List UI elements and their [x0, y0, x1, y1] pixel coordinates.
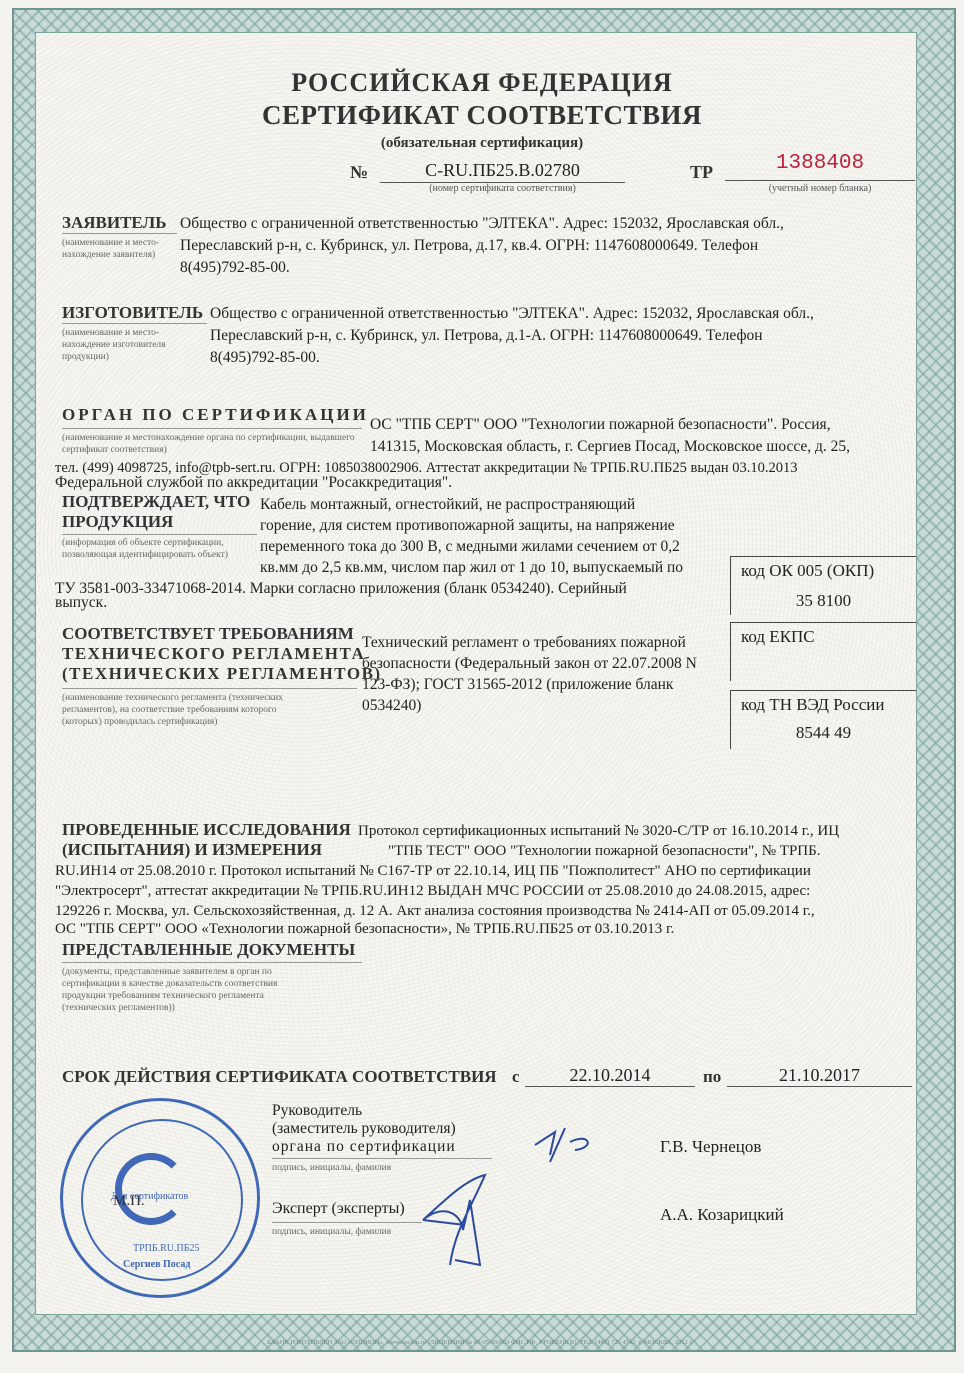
product-caption: (информация об объекте сертификации, поз…	[62, 537, 257, 561]
validity-to-prefix: по	[703, 1067, 721, 1087]
expert-name: А.А. Козарицкий	[660, 1205, 784, 1225]
applicant-caption: (наименование и место-нахождение заявите…	[62, 237, 177, 261]
ekps-code-label: код ЕКПС	[741, 627, 815, 647]
research-text-3: RU.ИН14 от 25.08.2010 г. Протокол испыта…	[55, 861, 811, 882]
tnved-code-value: 8544 49	[731, 723, 916, 743]
head-caption: подпись, инициалы, фамилия	[272, 1162, 391, 1174]
certificate-number-caption: (номер сертификата соответствия)	[380, 183, 625, 194]
expert-signature-rule	[272, 1222, 422, 1223]
requirements-text-3: 123-ФЗ); ГОСТ 31565-2012 (приложение бла…	[362, 674, 673, 695]
certificate-title: СЕРТИФИКАТ СООТВЕТСТВИЯ	[0, 100, 964, 131]
product-text-6: выпуск.	[55, 592, 107, 613]
applicant-text-3: 8(495)792-85-00.	[180, 257, 290, 278]
product-text-1: Кабель монтажный, огнестойкий, не распро…	[260, 494, 635, 515]
documents-caption-1: (документы, представленные заявителем в …	[62, 966, 272, 978]
product-label-2: ПРОДУКЦИЯ	[62, 512, 173, 532]
research-text-6: ОС "ТПБ СЕРТ" ООО «Технологии пожарной б…	[55, 919, 674, 940]
tr-prefix: ТР	[690, 162, 713, 183]
head-title-2: (заместитель руководителя)	[272, 1120, 456, 1138]
country-title: РОССИЙСКАЯ ФЕДЕРАЦИЯ	[0, 68, 964, 98]
documents-caption-3: продукции требованиям технического регла…	[62, 990, 264, 1002]
certification-body-text-2: 141315, Московская область, г. Сергиев П…	[370, 436, 850, 457]
research-text-4: "Электросерт", аттестат аккредитации № Т…	[55, 881, 810, 902]
blank-number: 1388408	[725, 152, 915, 181]
validity-from: 22.10.2014	[525, 1065, 695, 1087]
requirements-label-1: СООТВЕТСТВУЕТ ТРЕБОВАНИЯМ	[62, 624, 354, 644]
okp-code-label: код ОК 005 (ОКП)	[741, 561, 874, 581]
certification-body-label: ОРГАН ПО СЕРТИФИКАЦИИ	[62, 405, 369, 425]
manufacturer-label: ИЗГОТОВИТЕЛЬ	[62, 303, 203, 323]
tnved-code-box: код ТН ВЭД России 8544 49	[730, 690, 916, 749]
documents-caption-2: сертификации в качестве доказательств со…	[62, 978, 277, 990]
applicant-label: ЗАЯВИТЕЛЬ	[62, 213, 166, 233]
head-title-3: органа по сертификации	[272, 1138, 456, 1156]
ekps-code-box: код ЕКПС	[730, 622, 916, 681]
requirements-text-2: безопасности (Федеральный закон от 22.07…	[362, 653, 697, 674]
expert-caption: подпись, инициалы, фамилия	[272, 1226, 391, 1238]
product-text-2: горение, для систем противопожарной защи…	[260, 515, 675, 536]
manufacturer-text-3: 8(495)792-85-00.	[210, 347, 320, 368]
certification-body-text-4: Федеральной службой по аккредитации "Рос…	[55, 472, 452, 493]
certification-body-rule	[62, 428, 362, 429]
head-name: Г.В. Чернецов	[660, 1137, 761, 1157]
research-text-2: "ТПБ ТЕСТ" ООО "Технологии пожарной безо…	[388, 841, 821, 862]
documents-label-rule	[62, 962, 362, 963]
validity-label: СРОК ДЕЙСТВИЯ СЕРТИФИКАТА СООТВЕТСТВИЯ	[62, 1067, 497, 1087]
stamp-city: Сергиев Посад	[123, 1259, 190, 1270]
applicant-text-2: Переславский р-н, с. Кубринск, ул. Петро…	[180, 235, 758, 256]
certification-body-text-1: ОС "ТПБ СЕРТ" ООО "Технологии пожарной б…	[370, 414, 831, 435]
okp-code-value: 35 8100	[731, 591, 916, 611]
product-text-3: переменного тока до 300 В, с медными жил…	[260, 536, 680, 557]
certificate-subtitle: (обязательная сертификация)	[0, 135, 964, 152]
stamp-logo-icon	[115, 1153, 187, 1225]
documents-caption-4: (технических регламентов))	[62, 1002, 175, 1014]
official-stamp: Для сертификатов ТРПБ.RU.ПБ25 Сергиев По…	[60, 1098, 260, 1298]
manufacturer-text-2: Переславский р-н, с. Кубринск, ул. Петро…	[210, 325, 763, 346]
manufacturer-text-1: Общество с ограниченной ответственностью…	[210, 303, 814, 324]
applicant-text-1: Общество с ограниченной ответственностью…	[180, 213, 784, 234]
okp-code-box: код ОК 005 (ОКП) 35 8100	[730, 556, 916, 615]
tnved-code-label: код ТН ВЭД России	[741, 695, 884, 715]
product-text-5: ТУ 3581-003-33471068-2014. Марки согласн…	[55, 578, 627, 599]
head-signature-rule	[272, 1158, 492, 1159]
expert-signature	[415, 1170, 505, 1270]
certification-body-caption: (наименование и местонахождение органа п…	[62, 432, 362, 456]
requirements-text-1: Технический регламент о требованиях пожа…	[362, 632, 686, 653]
requirements-label-rule	[62, 688, 357, 689]
stamp-code: ТРПБ.RU.ПБ25	[133, 1243, 200, 1254]
requirements-label-3: (ТЕХНИЧЕСКИХ РЕГЛАМЕНТОВ)	[62, 664, 382, 684]
requirements-label-2: ТЕХНИЧЕСКОГО РЕГЛАМЕНТА	[62, 644, 365, 664]
head-title-1: Руководитель	[272, 1102, 362, 1120]
requirements-text-4: 0534240)	[362, 695, 421, 716]
stamp-mark: М.П.	[113, 1193, 145, 1210]
product-text-4: кв.мм до 2,5 кв.мм, числом пар жил от 1 …	[260, 557, 683, 578]
product-label-rule	[62, 534, 257, 535]
documents-label: ПРЕДСТАВЛЕННЫЕ ДОКУМЕНТЫ	[62, 940, 355, 960]
printer-info: БЛАНК ИЗГОТОВЛЕН ЗАО «ОПЦИОН», www.opcio…	[140, 1339, 820, 1346]
validity-from-prefix: с	[512, 1067, 520, 1087]
requirements-caption: (наименование технического регламента (т…	[62, 692, 312, 728]
research-label-2: (ИСПЫТАНИЯ) И ИЗМЕРЕНИЯ	[62, 840, 322, 860]
head-signature	[530, 1120, 620, 1170]
applicant-label-rule	[62, 233, 177, 234]
validity-to: 21.10.2017	[727, 1065, 912, 1087]
certificate-number: C-RU.ПБ25.В.02780	[380, 160, 625, 183]
research-text-1: Протокол сертификационных испытаний № 30…	[358, 821, 839, 842]
manufacturer-label-rule	[62, 323, 207, 324]
research-label-1: ПРОВЕДЕННЫЕ ИССЛЕДОВАНИЯ	[62, 820, 351, 840]
blank-number-caption: (учетный номер бланка)	[725, 183, 915, 194]
expert-label: Эксперт (эксперты)	[272, 1200, 405, 1218]
product-label-1: ПОДТВЕРЖДАЕТ, ЧТО	[62, 492, 250, 512]
manufacturer-caption: (наименование и место-нахождение изготов…	[62, 327, 182, 363]
number-prefix: №	[350, 162, 368, 183]
